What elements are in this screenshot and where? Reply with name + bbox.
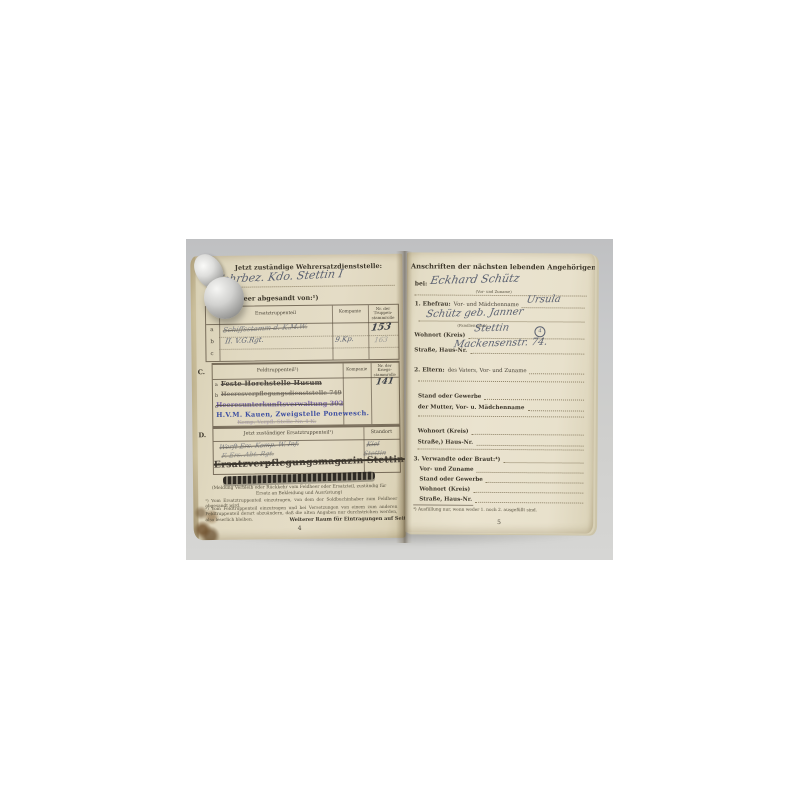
bei-handwriting: Eckhard Schütz — [429, 272, 520, 287]
table-b-col3: Nr. der Truppen-stammrolle — [368, 307, 398, 321]
field-stand-vater: Stand oder Gewerbe — [418, 390, 584, 400]
stamp-faint: Komp. Verpfl. Stelle Nr. 4 K. — [237, 419, 316, 426]
mutter-label: der Mutter, Vor- u. Mädchenname — [418, 404, 525, 411]
wohnort-1-label: Wohnort (Kreis) — [414, 332, 465, 338]
table-d-col1: Jetzt zuständiger Ersatztruppenteil¹) — [213, 430, 363, 437]
hw-d-ort1: Kiel — [366, 440, 380, 449]
strasse-3-label: Straße, Haus-Nr. — [419, 496, 472, 502]
wohnort-district-circle: 4 — [534, 326, 545, 337]
stand-3-dots — [486, 475, 584, 483]
section-c-label: C. — [198, 368, 205, 376]
eltern-dots — [530, 367, 585, 375]
vorname-3-label: Vor- und Zuname — [419, 466, 473, 472]
metal-clasp-body — [204, 277, 244, 319]
book-gutter-shadow — [396, 251, 412, 543]
right-header: Anschriften der nächsten lebenden Angehö… — [411, 262, 591, 271]
right-page-number: 5 — [405, 518, 593, 526]
hw-nr-b: 163 — [374, 336, 389, 345]
wohnort-2-dots — [472, 427, 584, 435]
footnote-separator — [413, 504, 473, 505]
table-b-row-b: b — [210, 339, 214, 345]
field-strasse-2: Straße,) Haus-Nr. — [418, 436, 584, 446]
verwandte-dots — [503, 456, 583, 464]
field-stand-3: Stand oder Gewerbe — [419, 473, 583, 483]
bei-label: bei: — [415, 280, 428, 287]
table-feldtruppenteil: Feldtruppenteil²) Kompanie Nr. der Krieg… — [212, 361, 401, 427]
left-more-room-note: Weiterer Raum für Eintragungen auf Seite… — [289, 516, 397, 523]
bei-caption: (Vor- und Zuname) — [459, 289, 529, 294]
table-jetzt-zustaendiger: Jetzt zuständiger Ersatztruppenteil¹) St… — [212, 425, 401, 475]
wohnort-2-label: Wohnort (Kreis) — [418, 428, 469, 434]
eltern-label: 2. Eltern: — [414, 367, 445, 373]
table-d-col2: Standort — [363, 430, 399, 436]
wohnort-3-dots — [473, 485, 583, 493]
page-right: Anschriften der nächsten lebenden Angehö… — [405, 252, 595, 533]
table-c-col1: Feldtruppenteil²) — [213, 367, 343, 374]
hw-unit-b: II. V.G.Rgt. — [225, 336, 265, 346]
field-wohnort-2: Wohnort (Kreis) — [418, 425, 584, 435]
strasse-2-label: Straße,) Haus-Nr. — [418, 439, 474, 445]
table-b-row-c: c — [210, 351, 213, 357]
right-footnote: ⁴) Ausfüllung nur, wenn weder 1. noch 2.… — [413, 507, 589, 513]
table-c-col2: Kompanie — [343, 367, 371, 372]
eltern-text: des Vaters, Vor- und Zuname — [448, 368, 527, 375]
soldbuch-photo: Jetzt zuständige Wehrersatzdienststelle:… — [186, 239, 613, 560]
verwandte-label: 3. Verwandte oder Braut:⁴) — [414, 456, 501, 463]
table-b-rowline2 — [219, 347, 398, 350]
eltern-blank-3 — [418, 448, 584, 450]
stand-vater-dots — [484, 392, 584, 400]
vorname-3-dots — [477, 465, 584, 473]
table-c-row-a: a — [215, 382, 218, 388]
eltern-blank-2 — [418, 415, 584, 417]
wohnort-1-handwriting: Stettin — [473, 322, 510, 334]
table-b-col2: Kompanie — [332, 310, 368, 315]
wohnort-3-label: Wohnort (Kreis) — [419, 486, 470, 492]
strasse-3-dots — [475, 495, 583, 503]
eltern-blank-1 — [418, 380, 584, 382]
stamp-hvm-kauen: H.V.M. Kauen, Zweigstelle Ponewesch. — [216, 409, 369, 419]
strasse-2-dots — [476, 438, 584, 446]
section-d-label: D. — [198, 431, 206, 439]
field-mutter: der Mutter, Vor- u. Mädchenname — [418, 401, 584, 411]
stamp-heeresverpflegung: Heeresverpflegungsdienststelle 749 — [221, 389, 342, 397]
hw-nr-a: 153 — [370, 321, 392, 334]
stamp-heeresunterkunft: Heeresunterkunftsverwaltung 302 — [216, 399, 343, 409]
hw-nr-141: 141 — [375, 376, 395, 387]
field-verwandte: 3. Verwandte oder Braut:⁴) — [414, 453, 584, 463]
table-c-col3: Nr. der Kriegs-stammrolle — [371, 364, 399, 377]
table-b-row-a: a — [210, 327, 213, 333]
metal-clasp — [188, 251, 252, 327]
stamp-feste-horchstelle: Feste Horchstelle Husum — [221, 379, 322, 388]
mutter-dots — [527, 404, 584, 412]
field-wohnort-3: Wohnort (Kreis) — [419, 483, 583, 493]
field-strasse-3: Straße, Haus-Nr. — [419, 493, 583, 503]
stand-vater-label: Stand oder Gewerbe — [418, 393, 481, 399]
ehefrau-label: 1. Ehefrau: — [415, 301, 451, 307]
ehefrau-handwriting-1: Ursula — [526, 294, 562, 306]
hw-kompanie-b: 9.Kp. — [335, 335, 355, 344]
ehefrau-handwriting-2: Schütz geb. Janner — [425, 306, 524, 320]
left-note-center: (Meldung Verbleib oder Rückkehr vom Feld… — [211, 484, 387, 497]
table-c-row-b: b — [215, 393, 218, 399]
left-page-number: 4 — [194, 524, 406, 534]
field-vorname-3: Vor- und Zuname — [419, 463, 583, 473]
stand-3-label: Stand oder Gewerbe — [419, 476, 482, 482]
field-eltern: 2. Eltern: des Vaters, Vor- und Zuname — [414, 364, 584, 374]
